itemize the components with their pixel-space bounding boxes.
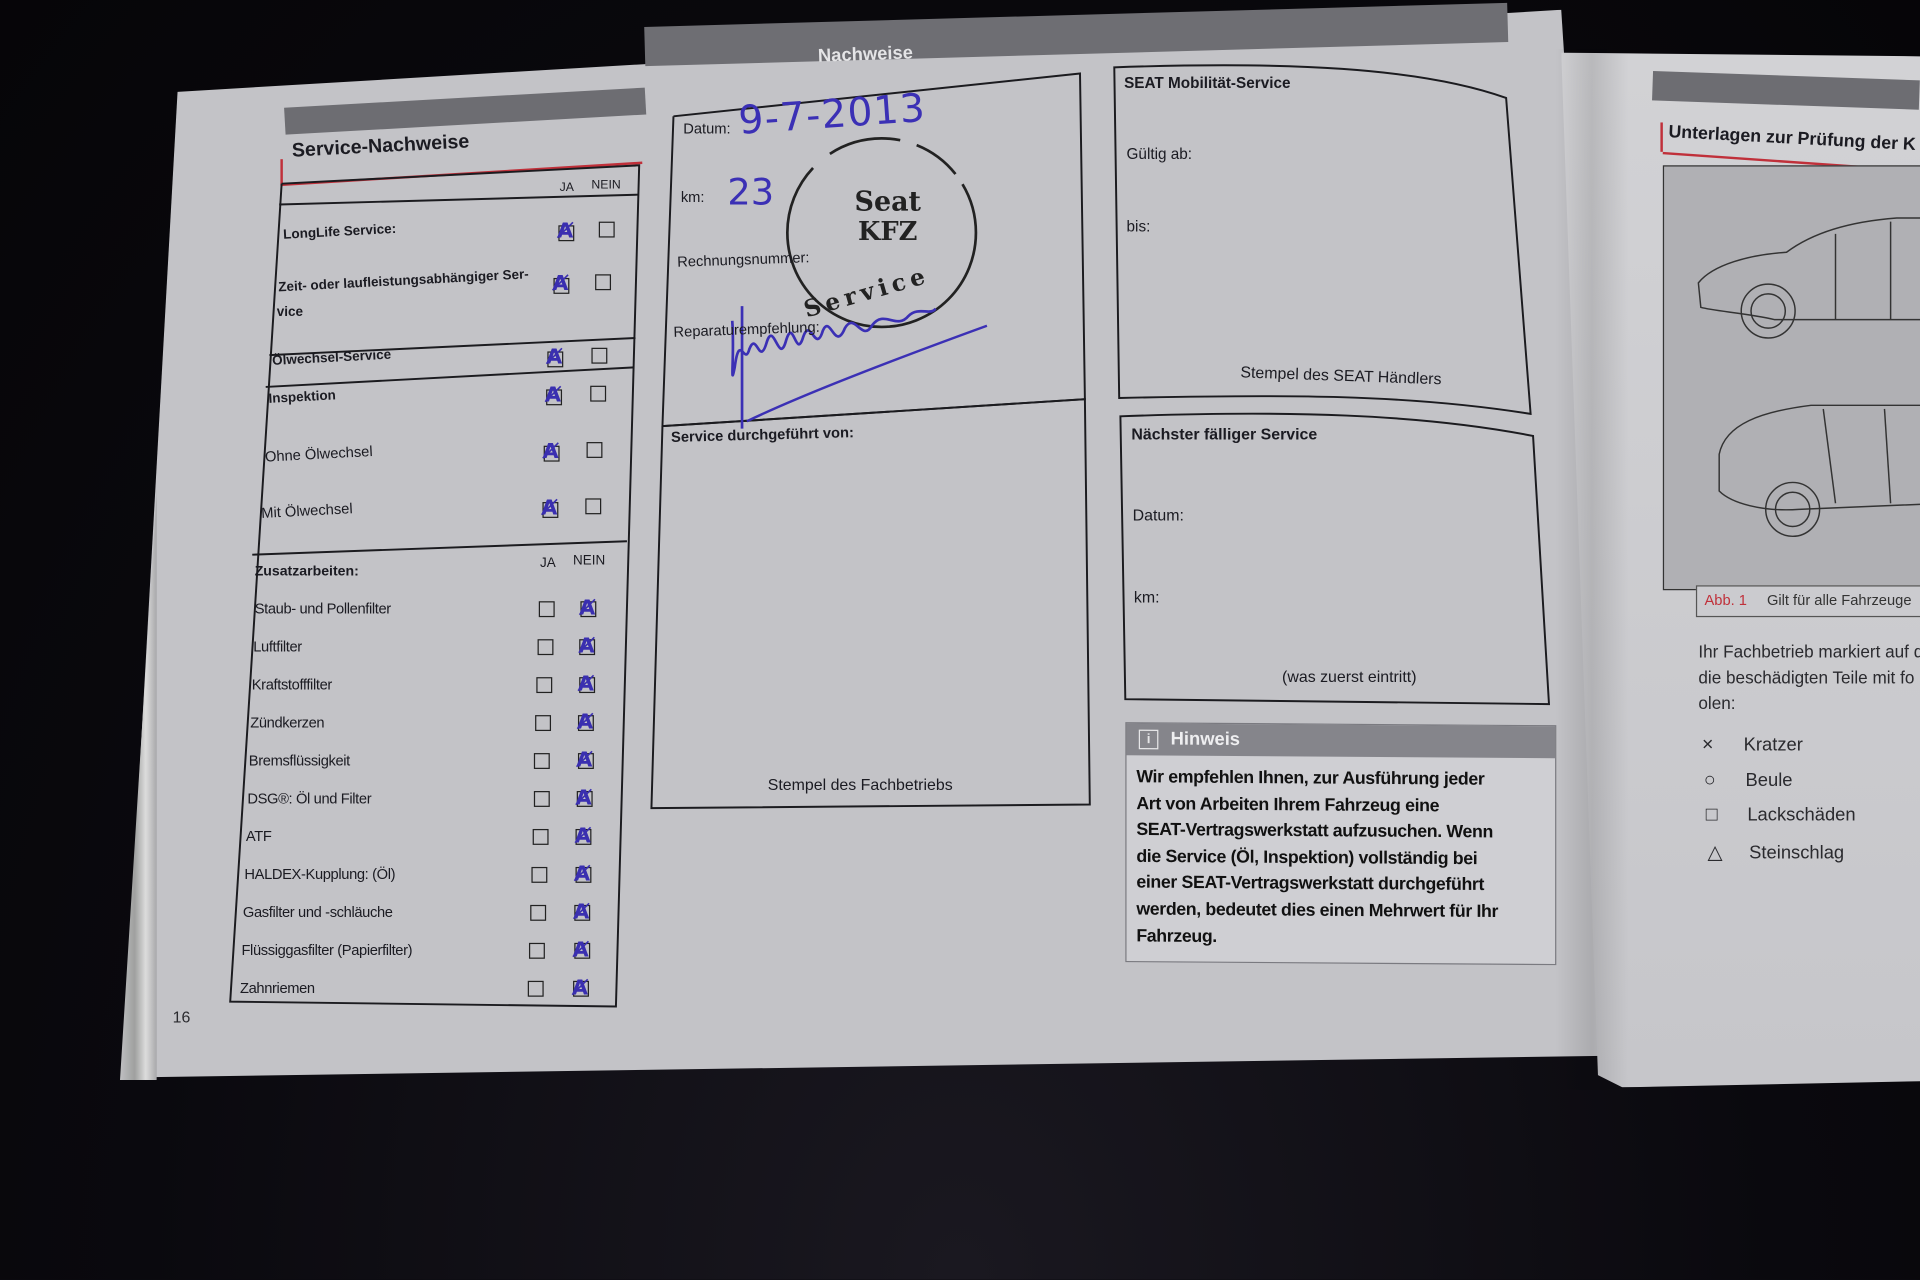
square-icon: □ [1706, 804, 1748, 826]
legend-item: ○Beule [1704, 770, 1793, 792]
hint-line: einer SEAT-Vertragswerkstatt durchgeführ… [1136, 871, 1550, 900]
photo-stage: Nachweise Service-Nachweise JA NEIN Long… [0, 0, 1920, 1280]
mobility-until-label: bis: [1127, 218, 1151, 235]
hint-line: werden, bedeutet dies einen Mehrwert für… [1136, 897, 1550, 926]
car-figure [1663, 165, 1920, 590]
hint-header: i Hinweis [1127, 723, 1556, 758]
legend-item: △Steinschlag [1708, 839, 1845, 863]
next-service-km-label: km: [1134, 588, 1160, 606]
right-body-text: Ihr Fachbetrieb markiert auf ddie beschä… [1698, 639, 1920, 716]
figure-caption: Gilt für alle Fahrzeuge [1767, 591, 1912, 608]
legend-item: ×Kratzer [1702, 735, 1803, 757]
cross-icon: × [1702, 735, 1744, 757]
right-body-line: Ihr Fachbetrieb markiert auf d [1698, 639, 1920, 665]
hint-line: Fahrzeug. [1136, 924, 1550, 953]
mobility-title: SEAT Mobilität-Service [1124, 75, 1290, 92]
right-body-line: die beschädigten Teile mit fo [1698, 665, 1920, 691]
info-icon: i [1139, 730, 1159, 750]
hint-line: Art von Arbeiten Ihrem Fahrzeug eine [1136, 792, 1550, 821]
hint-box: i Hinweis Wir empfehlen Ihnen, zur Ausfü… [1125, 722, 1556, 965]
legend-item: □Lackschäden [1706, 804, 1856, 826]
legend-label: Kratzer [1744, 735, 1803, 756]
triangle-icon: △ [1708, 839, 1750, 863]
hint-title: Hinweis [1171, 729, 1240, 750]
right-body-line: olen: [1698, 691, 1920, 717]
mobility-valid-from-label: Gültig ab: [1127, 146, 1193, 163]
next-service-note: (was zuerst eintritt) [1282, 667, 1416, 685]
legend-label: Lackschäden [1747, 804, 1855, 825]
circle-icon: ○ [1704, 770, 1746, 792]
hint-body: Wir empfehlen Ihnen, zur Ausführung jede… [1136, 765, 1550, 953]
hint-line: Wir empfehlen Ihnen, zur Ausführung jede… [1136, 765, 1550, 794]
car-illustration [1664, 167, 1920, 589]
legend-label: Beule [1746, 770, 1793, 791]
legend-label: Steinschlag [1749, 842, 1844, 863]
figure-label: Abb. 1 [1704, 591, 1746, 608]
mobility-frame [0, 0, 1920, 1280]
next-service-title: Nächster fälliger Service [1131, 425, 1317, 443]
hint-line: die Service (Öl, Inspektion) vollständig… [1136, 844, 1550, 873]
next-service-date-label: Datum: [1133, 506, 1184, 524]
right-title-accent [1660, 122, 1662, 151]
hint-line: SEAT-Vertragswerkstatt aufzusuchen. Wenn [1136, 818, 1550, 847]
